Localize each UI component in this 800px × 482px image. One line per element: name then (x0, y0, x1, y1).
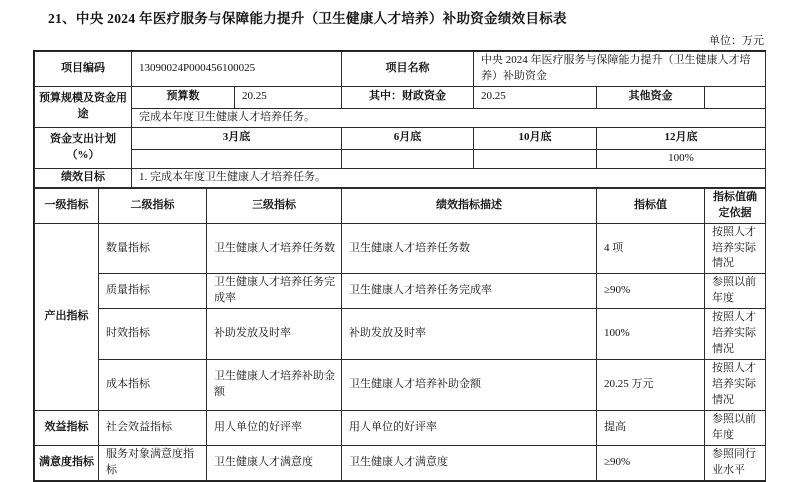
level2-cell: 社会效益指标 (99, 410, 207, 445)
table-row: 满意度指标 服务对象满意度指标 卫生健康人才满意度 卫生健康人才满意度 ≥90%… (35, 445, 766, 480)
value-cell: ≥90% (597, 274, 705, 309)
project-code-value: 13090024P000456100025 (132, 52, 342, 87)
level3-cell: 卫生健康人才培养任务数 (207, 223, 342, 274)
page-title: 21、中央 2024 年医疗服务与保障能力提升（卫生健康人才培养）补助资金绩效目… (48, 7, 800, 27)
level2-cell: 质量指标 (99, 274, 207, 309)
header-basis: 指标值确定依据 (705, 188, 766, 223)
description-cell: 用人单位的好评率 (342, 410, 597, 445)
fiscal-fund-label: 其中：财政资金 (342, 86, 474, 108)
table-row: 预算规模及资金用途 预算数 20.25 其中：财政资金 20.25 其他资金 (35, 86, 766, 108)
table-row: 完成本年度卫生健康人才培养任务。 (35, 108, 766, 127)
basis-cell: 参照以前年度 (705, 274, 766, 309)
level1-benefit-indicator: 效益指标 (35, 410, 99, 445)
value-cell: 20.25 万元 (597, 360, 705, 411)
table-row: 成本指标 卫生健康人才培养补助金额 卫生健康人才培养补助金额 20.25 万元 … (35, 360, 766, 411)
table-row: 效益指标 社会效益指标 用人单位的好评率 用人单位的好评率 提高 参照以前年度 (35, 410, 766, 445)
level3-cell: 卫生健康人才培养补助金额 (207, 360, 342, 411)
performance-goal-label: 绩效目标 (35, 168, 132, 187)
basis-cell: 按照人才培养实际情况 (705, 223, 766, 274)
budget-number-value: 20.25 (235, 86, 342, 108)
table-row: 100% (35, 149, 766, 168)
budget-number-label: 预算数 (132, 86, 235, 108)
level1-satisfaction-indicator: 满意度指标 (35, 445, 99, 480)
budget-section-label: 预算规模及资金用途 (35, 86, 132, 127)
basis-cell: 参照同行业水平 (705, 445, 766, 480)
description-cell: 卫生健康人才培养补助金额 (342, 360, 597, 411)
project-code-label: 项目编码 (35, 52, 132, 87)
value-cell: ≥90% (597, 445, 705, 480)
basis-cell: 按照人才培养实际情况 (705, 309, 766, 360)
description-cell: 卫生健康人才满意度 (342, 445, 597, 480)
indicator-header-row: 一级指标 二级指标 三级指标 绩效指标描述 指标值 指标值确定依据 (35, 188, 766, 223)
performance-goal-text: 1. 完成本年度卫生健康人才培养任务。 (132, 168, 766, 187)
header-level1: 一级指标 (35, 188, 99, 223)
description-cell: 卫生健康人才培养任务完成率 (342, 274, 597, 309)
basis-cell: 参照以前年度 (705, 410, 766, 445)
level2-cell: 时效指标 (99, 309, 207, 360)
unit-label: 单位：万元 (33, 32, 764, 48)
fund-usage-text: 完成本年度卫生健康人才培养任务。 (132, 108, 766, 127)
header-description: 绩效指标描述 (342, 188, 597, 223)
fiscal-fund-value: 20.25 (474, 86, 597, 108)
spend-plan-value-march (132, 149, 342, 168)
table-row: 时效指标 补助发放及时率 补助发放及时率 100% 按照人才培养实际情况 (35, 309, 766, 360)
description-cell: 补助发放及时率 (342, 309, 597, 360)
table-row: 质量指标 卫生健康人才培养任务完成率 卫生健康人才培养任务完成率 ≥90% 参照… (35, 274, 766, 309)
table-row: 资金支出计划（%） 3月底 6月底 10月底 12月底 (35, 127, 766, 149)
level2-cell: 服务对象满意度指标 (99, 445, 207, 480)
table-row: 项目编码 13090024P000456100025 项目名称 中央 2024 … (35, 52, 766, 87)
spend-plan-label: 资金支出计划（%） (35, 127, 132, 168)
basis-cell: 按照人才培养实际情况 (705, 360, 766, 411)
spend-plan-col-december: 12月底 (597, 127, 766, 149)
value-cell: 4 项 (597, 223, 705, 274)
level2-cell: 数量指标 (99, 223, 207, 274)
level3-cell: 用人单位的好评率 (207, 410, 342, 445)
level2-cell: 成本指标 (99, 360, 207, 411)
project-info-table: 项目编码 13090024P000456100025 项目名称 中央 2024 … (34, 51, 766, 188)
indicator-table: 一级指标 二级指标 三级指标 绩效指标描述 指标值 指标值确定依据 产出指标 数… (34, 188, 766, 481)
spend-plan-value-october (474, 149, 597, 168)
spend-plan-col-october: 10月底 (474, 127, 597, 149)
header-level3: 三级指标 (207, 188, 342, 223)
spend-plan-col-june: 6月底 (342, 127, 474, 149)
description-cell: 卫生健康人才培养任务数 (342, 223, 597, 274)
spend-plan-value-december: 100% (597, 149, 766, 168)
project-name-label: 项目名称 (342, 52, 474, 87)
header-value: 指标值 (597, 188, 705, 223)
value-cell: 提高 (597, 410, 705, 445)
value-cell: 100% (597, 309, 705, 360)
level3-cell: 补助发放及时率 (207, 309, 342, 360)
spend-plan-col-march: 3月底 (132, 127, 342, 149)
level3-cell: 卫生健康人才培养任务完成率 (207, 274, 342, 309)
header-level2: 二级指标 (99, 188, 207, 223)
level3-cell: 卫生健康人才满意度 (207, 445, 342, 480)
project-name-value: 中央 2024 年医疗服务与保障能力提升（卫生健康人才培养）补助资金 (474, 52, 766, 87)
spend-plan-value-june (342, 149, 474, 168)
performance-target-table: 项目编码 13090024P000456100025 项目名称 中央 2024 … (33, 50, 766, 482)
table-row: 绩效目标 1. 完成本年度卫生健康人才培养任务。 (35, 168, 766, 187)
other-fund-value (705, 86, 766, 108)
other-fund-label: 其他资金 (597, 86, 705, 108)
level1-output-indicator: 产出指标 (35, 223, 99, 410)
table-row: 产出指标 数量指标 卫生健康人才培养任务数 卫生健康人才培养任务数 4 项 按照… (35, 223, 766, 274)
